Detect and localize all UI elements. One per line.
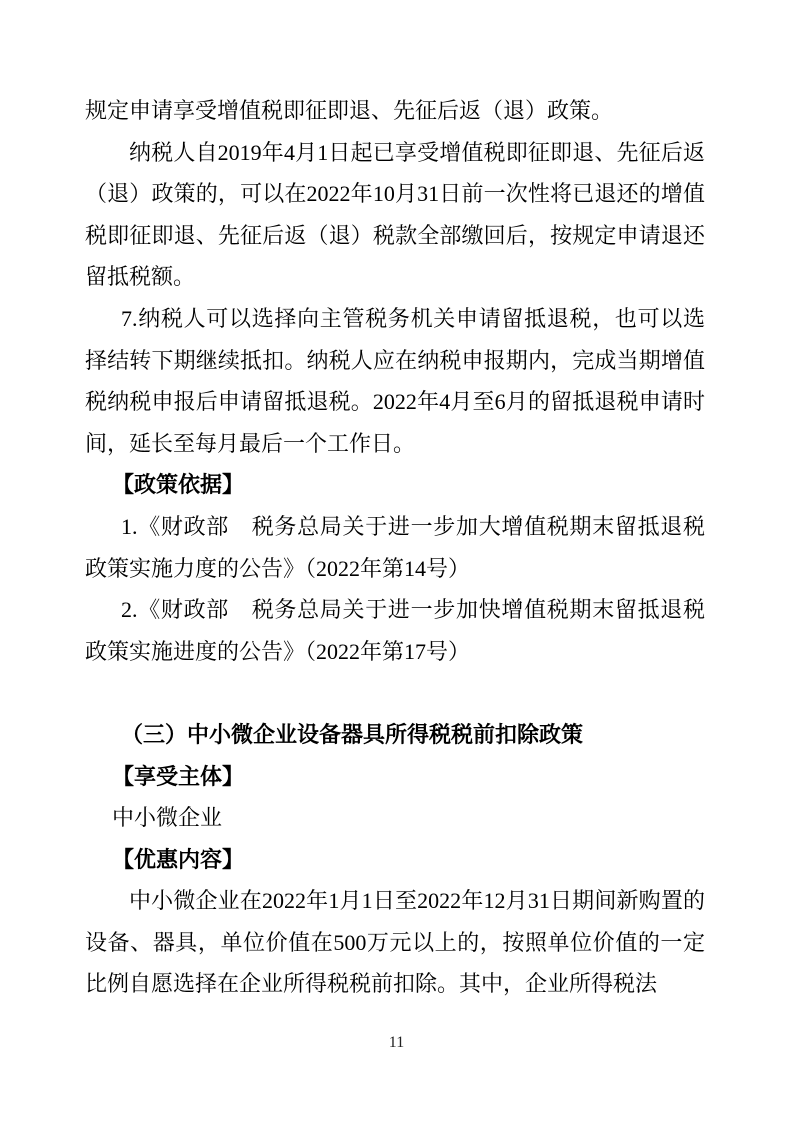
heading-benefit-content: 【优惠内容】 (85, 839, 705, 881)
heading-section-three: （三）中小微企业设备器具所得税税前扣除政策 (85, 714, 705, 756)
list-item-announcement-17: 2.《财政部 税务总局关于进一步加快增值税期末留抵退税政策实施进度的公告》（20… (85, 589, 705, 672)
paragraph-item-7: 7.纳税人可以选择向主管税务机关申请留抵退税，也可以选择结转下期继续抵扣。纳税人… (85, 298, 705, 464)
page-footer: 11 (0, 1033, 793, 1053)
page-number: 11 (389, 1034, 404, 1051)
paragraph-taxpayer-2019: 纳税人自2019年4月1日起已享受增值税即征即退、先征后返（退）政策的，可以在2… (85, 132, 705, 298)
paragraph-continued: 规定申请享受增值税即征即退、先征后返（退）政策。 (85, 90, 705, 132)
paragraph-beneficiary: 中小微企业 (85, 797, 705, 839)
document-body: 规定申请享受增值税即征即退、先征后返（退）政策。 纳税人自2019年4月1日起已… (85, 90, 705, 1005)
document-page: 规定申请享受增值税即征即退、先征后返（退）政策。 纳税人自2019年4月1日起已… (0, 0, 793, 1122)
paragraph-benefit-detail: 中小微企业在2022年1月1日至2022年12月31日期间新购置的设备、器具，单… (85, 880, 705, 1005)
list-item-announcement-14: 1.《财政部 税务总局关于进一步加大增值税期末留抵退税政策实施力度的公告》（20… (85, 506, 705, 589)
blank-line (85, 672, 705, 714)
heading-beneficiary: 【享受主体】 (85, 756, 705, 798)
heading-policy-basis: 【政策依据】 (85, 464, 705, 506)
